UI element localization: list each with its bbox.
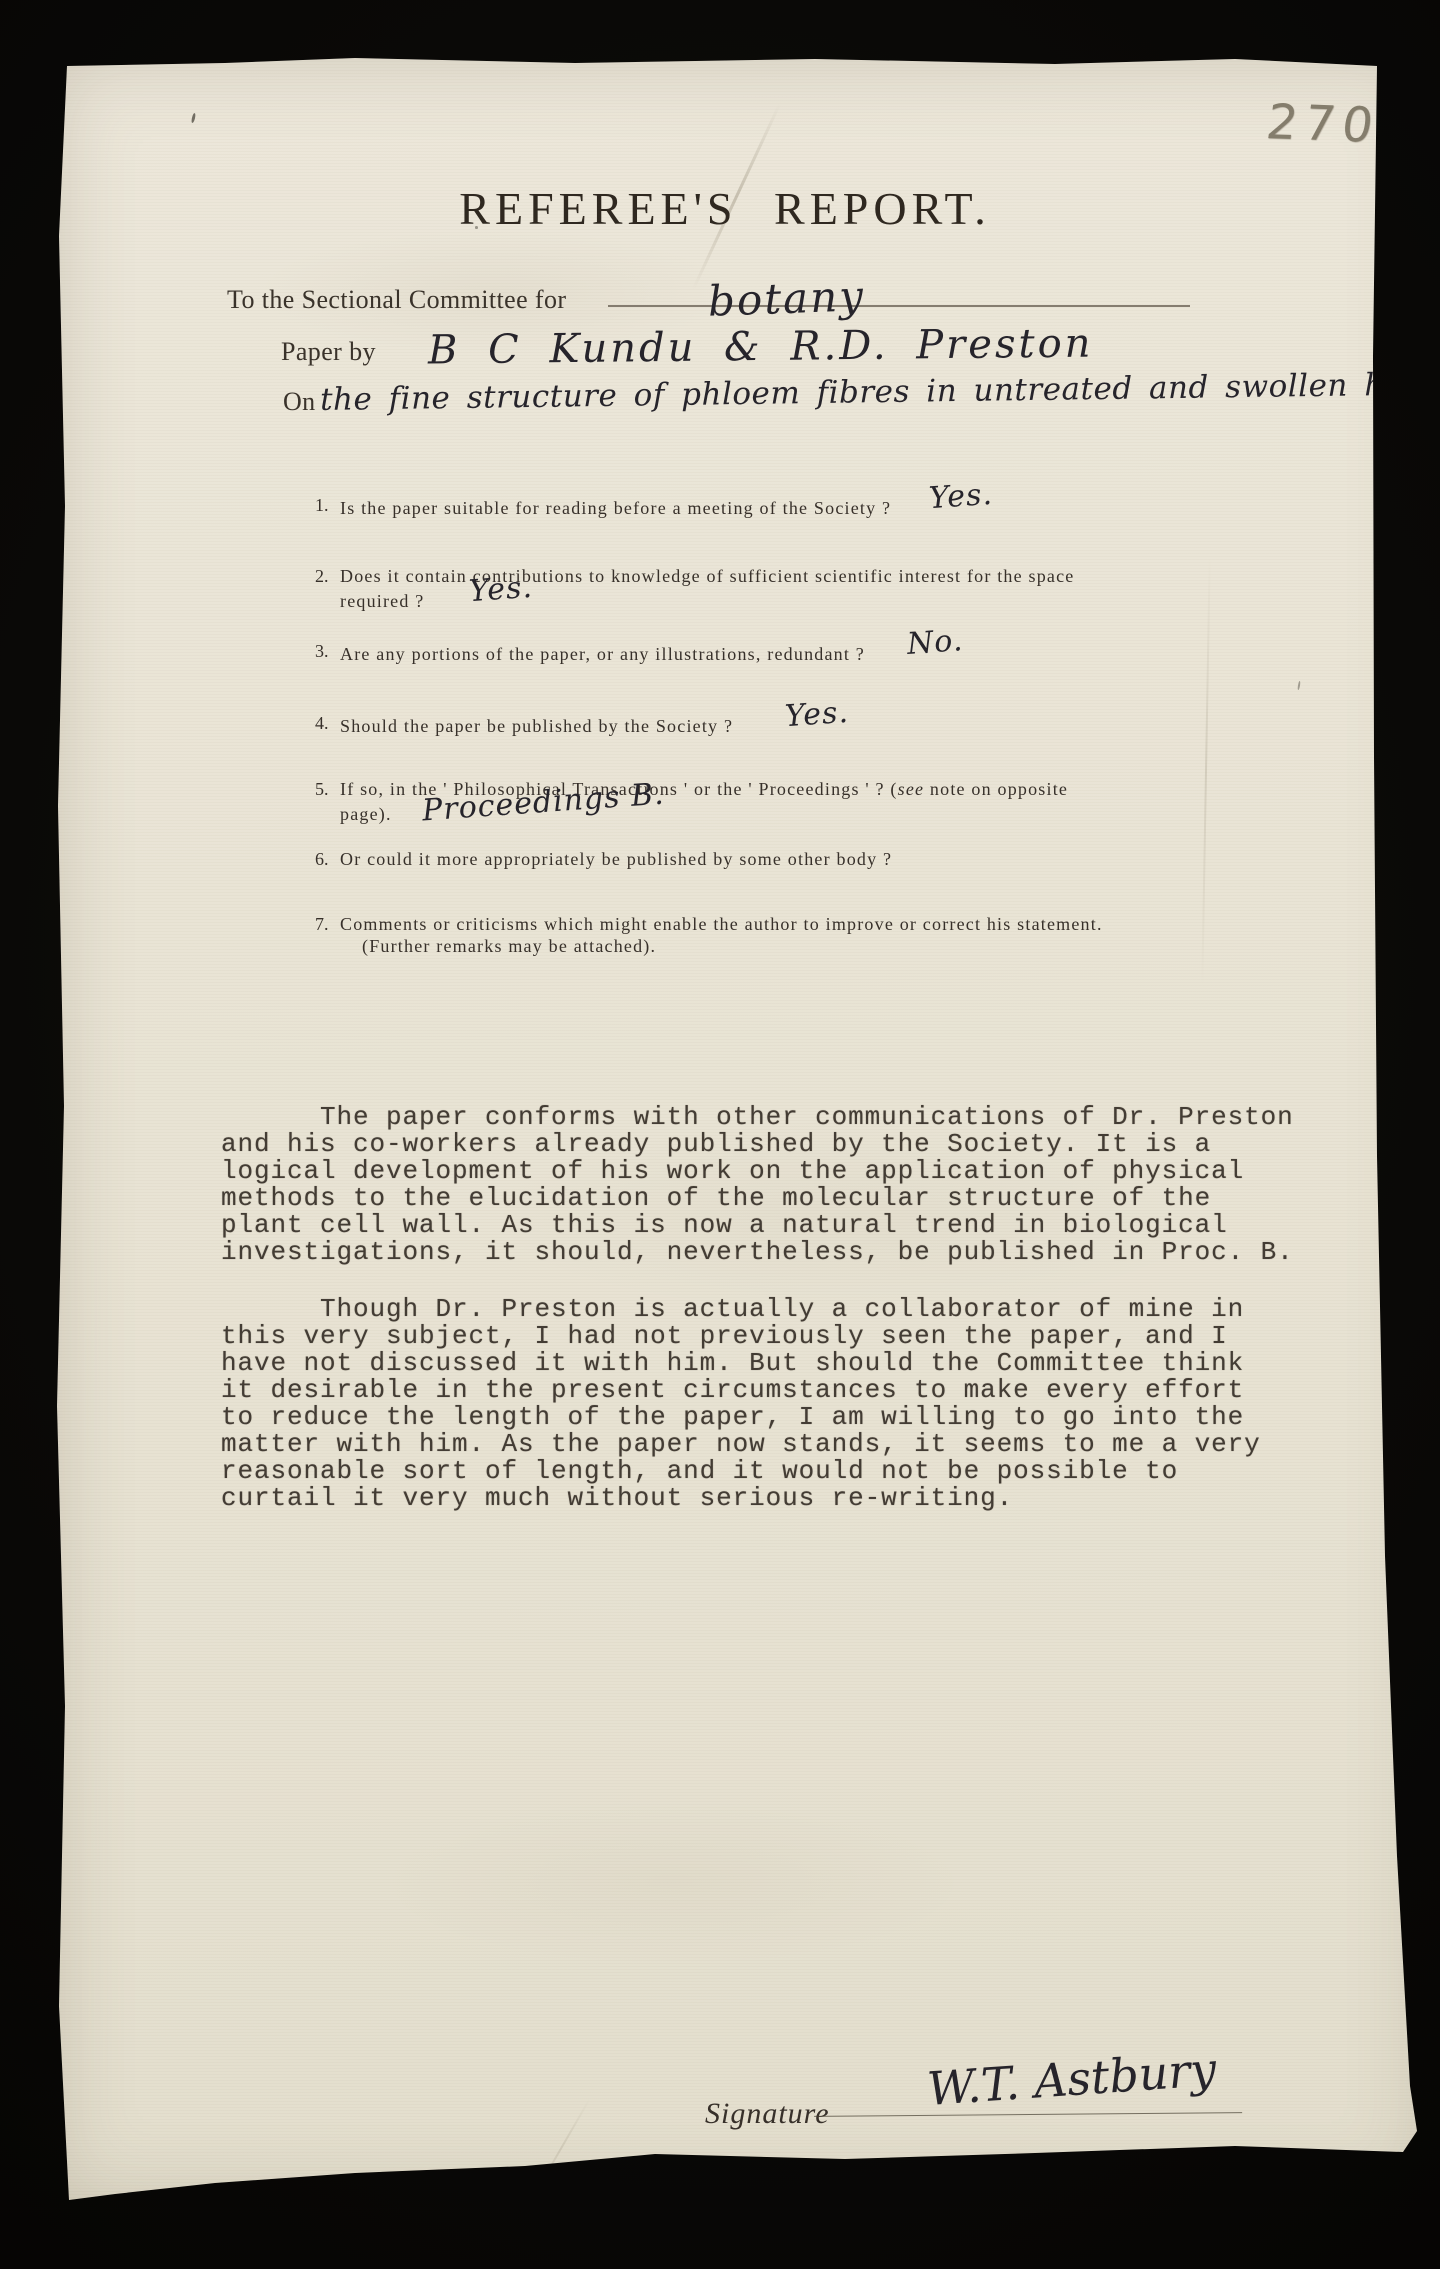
question-1-handwritten-answer: Yes.: [929, 484, 994, 510]
question-6-number: 6.: [315, 848, 329, 870]
paper-by-label: Paper by: [281, 337, 376, 367]
question-6-text: Or could it more appropriately be publis…: [340, 849, 892, 869]
paper-sheet: 270 REFEREE'S REPORT. To the Sectional C…: [55, 56, 1427, 2204]
committee-handwritten-value: botany: [707, 271, 865, 325]
question-7-subtext: (Further remarks may be attached).: [362, 936, 656, 956]
question-2-text-line2: required ?: [340, 591, 424, 611]
paper-crease: [531, 2098, 590, 2199]
question-4: 4.Should the paper be published by the S…: [315, 712, 849, 737]
question-7-text: Comments or criticisms which might enabl…: [340, 914, 1103, 934]
question-5-number: 5.: [315, 778, 329, 800]
question-6: 6.Or could it more appropriately be publ…: [315, 848, 892, 870]
question-2-number: 2.: [315, 565, 329, 587]
ink-speck: [191, 113, 196, 123]
paper-title-handwritten: the fine structure of phloem fibres in u…: [320, 366, 1440, 418]
question-1: 1.Is the paper suitable for reading befo…: [315, 494, 993, 519]
question-2: 2.Does it contain contributions to knowl…: [315, 565, 1075, 612]
question-4-text: Should the paper be published by the Soc…: [340, 716, 733, 736]
question-5-text-line2: page).: [340, 804, 392, 824]
form-title: REFEREE'S REPORT.: [225, 182, 1225, 235]
paper-crease: [1201, 556, 1211, 986]
committee-label: To the Sectional Committee for: [227, 285, 566, 315]
committee-blank-line: [608, 279, 1190, 307]
question-4-handwritten-answer: Yes.: [784, 702, 849, 728]
question-1-text: Is the paper suitable for reading before…: [340, 498, 891, 518]
scan-background: { "document": { "page_number": "270", "t…: [0, 0, 1440, 2269]
question-5-text-post: note on opposite: [924, 779, 1068, 799]
paper-title-label: On: [283, 387, 316, 417]
question-4-number: 4.: [315, 712, 329, 734]
typed-comment-paragraph-1: The paper conforms with other communicat…: [221, 1104, 1351, 1266]
question-1-number: 1.: [315, 494, 329, 516]
question-2-handwritten-answer: Yes.: [469, 577, 534, 603]
question-7-number: 7.: [315, 913, 329, 935]
question-3-handwritten-answer: No.: [906, 630, 964, 656]
pencil-page-number: 270: [1263, 94, 1383, 154]
question-5: 5.If so, in the ' Philosophical Transact…: [315, 778, 1068, 825]
question-3: 3.Are any portions of the paper, or any …: [315, 640, 963, 665]
question-2-text: Does it contain contributions to knowled…: [340, 566, 1075, 586]
question-7: 7.Comments or criticisms which might ena…: [315, 913, 1103, 957]
ink-speck: [1297, 681, 1301, 690]
question-3-number: 3.: [315, 640, 329, 662]
question-5-text-italic: see: [898, 779, 925, 799]
question-3-text: Are any portions of the paper, or any il…: [340, 644, 865, 664]
paper-by-handwritten-authors: B C Kundu & R.D. Preston: [428, 321, 1094, 374]
typed-comment-paragraph-2: Though Dr. Preston is actually a collabo…: [221, 1296, 1351, 1512]
signature-label: Signature: [705, 2097, 830, 2131]
